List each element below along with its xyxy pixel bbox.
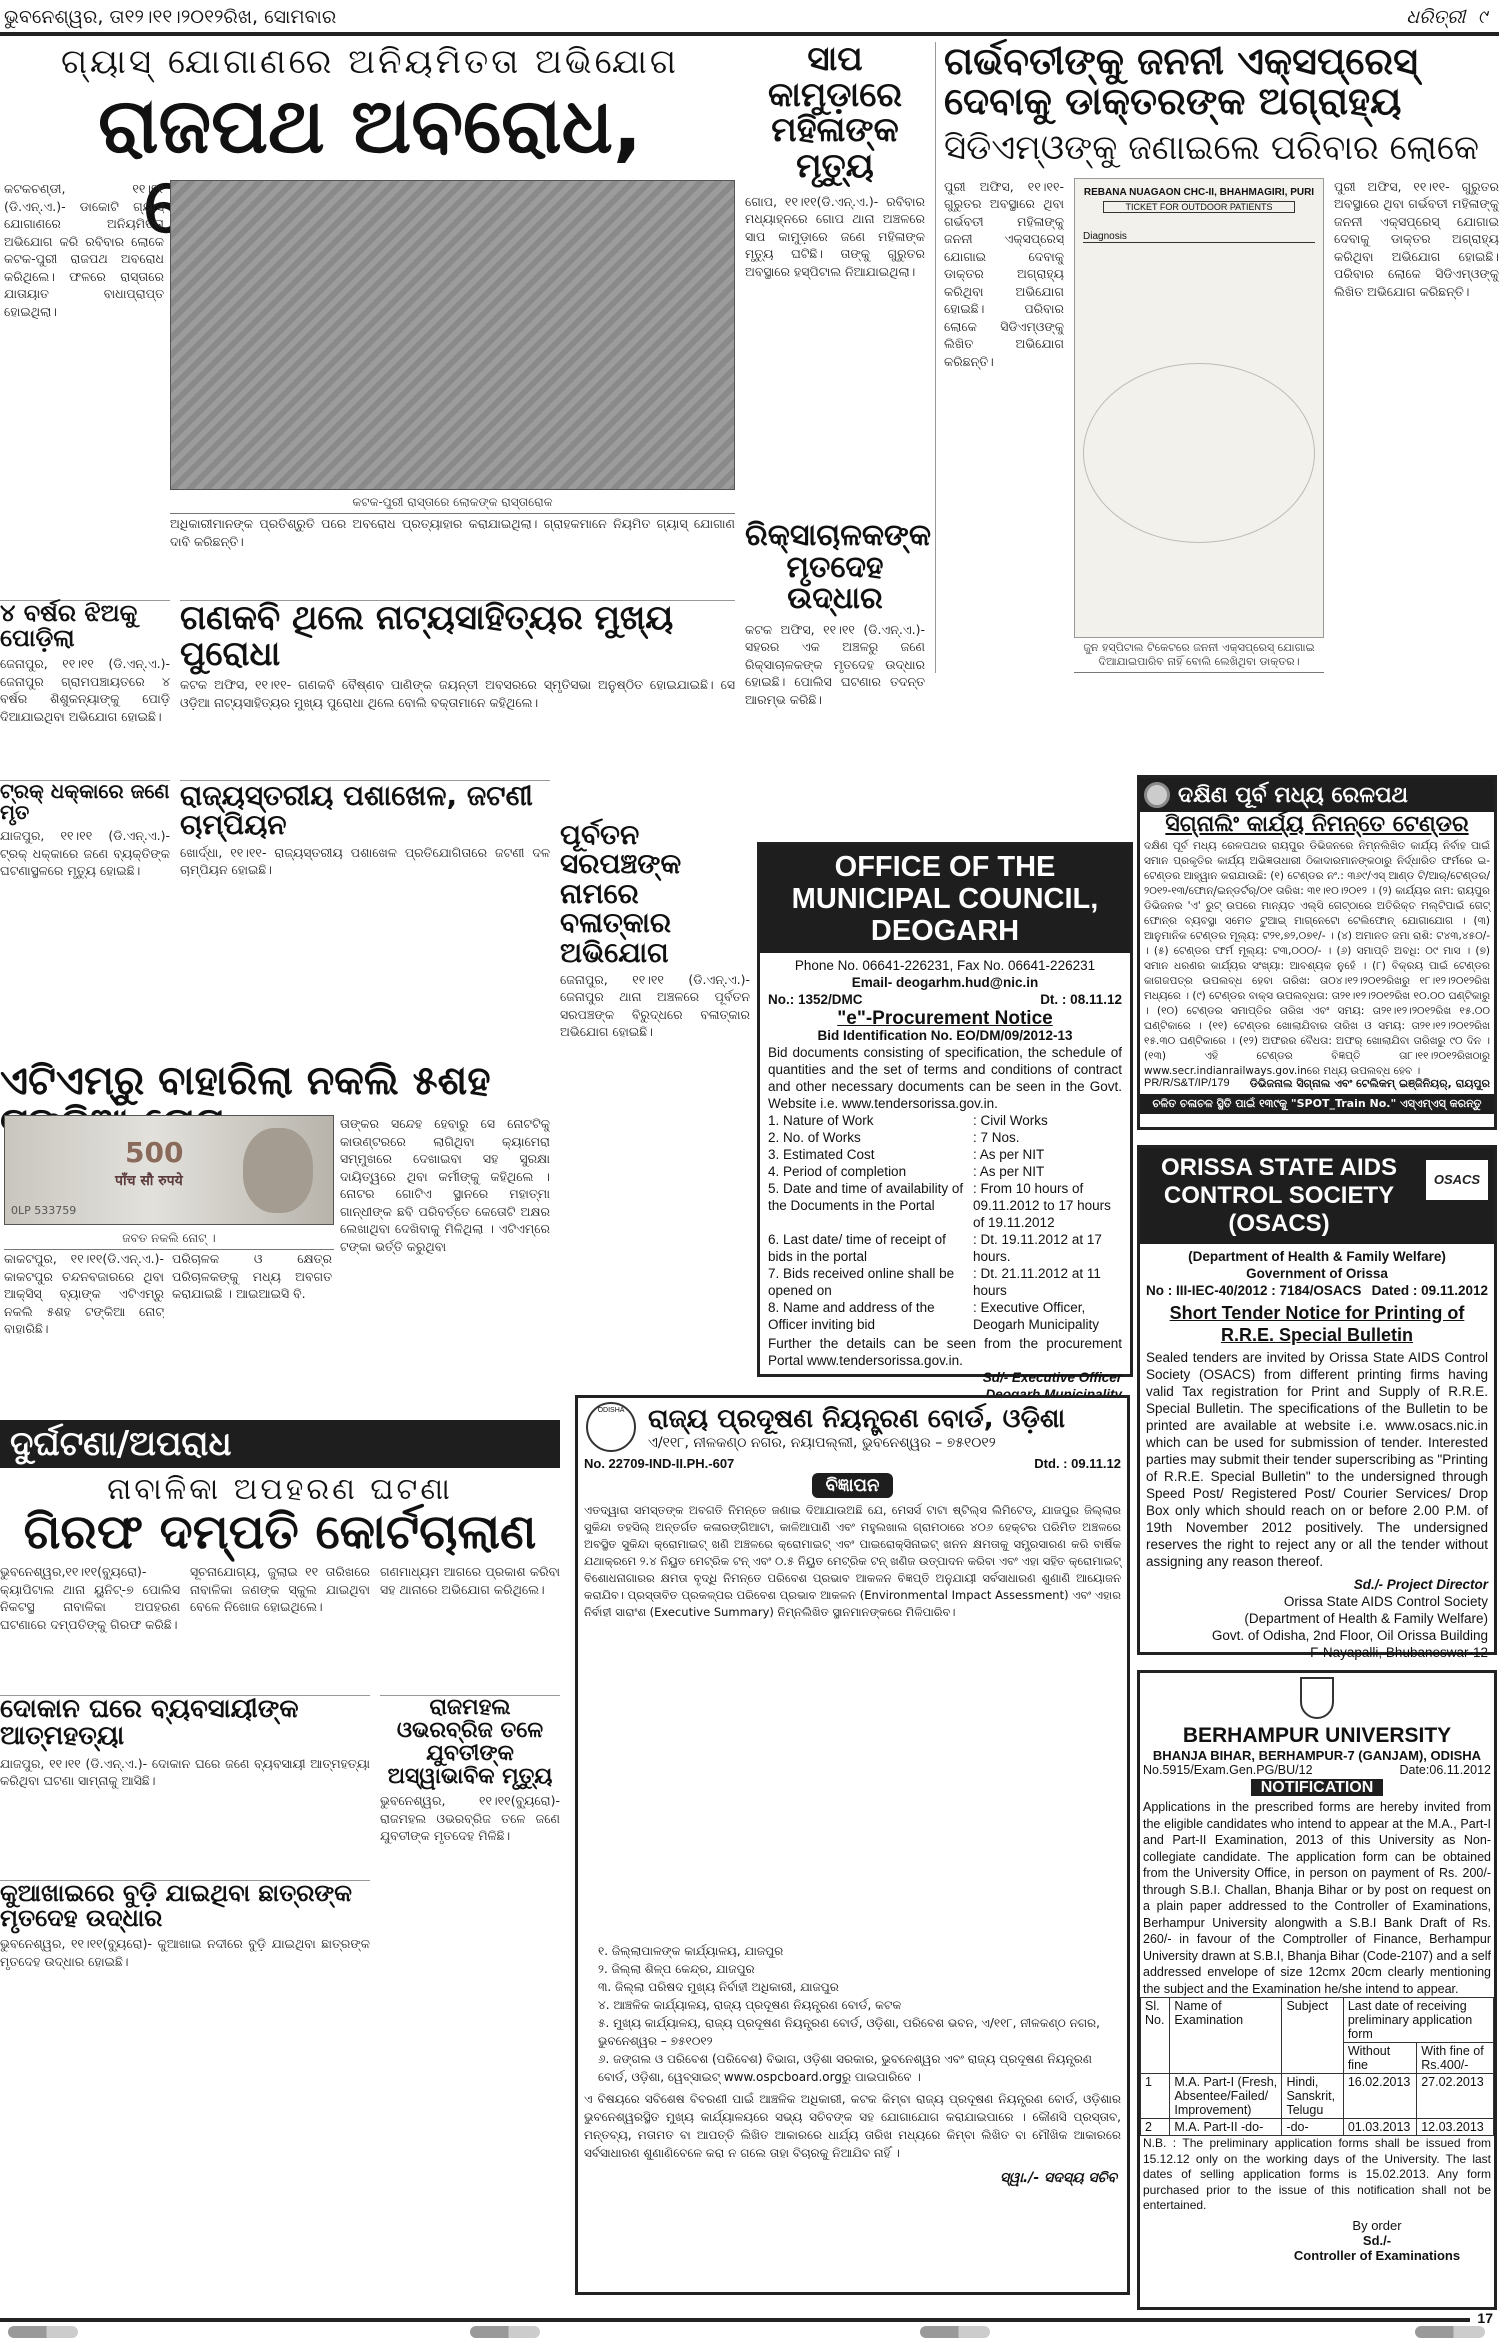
paper-name: ଧରିତ୍ରୀ ୯ <box>1406 6 1487 28</box>
railway-footer: ଚଳିତ ଚଳାଚଳ ସ୍ଥିତି ପାଇଁ ୧୩୯କୁ "SPOT_Train… <box>1140 1094 1494 1114</box>
game-story: ରାଜ୍ୟସ୍ତରୀୟ ପଶାଖେଳ, ଜଟଣୀ ଚାମ୍ପିୟନ ଖୋର୍ଦ୍… <box>180 780 550 1044</box>
osacs-addr4: F-Nayapalli, Bhubaneswar-12 <box>1146 1644 1488 1661</box>
youth-story: ରାଜମହଲ ଓଭରବ୍ରିଜ ତଳେ ଯୁବତୀଙ୍କ ଅସ୍ୱାଭାବିକ … <box>380 1695 560 2292</box>
osacs-ref: No : III-IEC-40/2012 : 7184/OSACS <box>1146 1282 1361 1299</box>
pollution-ref: No. 22709-IND-II.PH.-607 <box>584 1456 734 1471</box>
masthead: ଭୁବନେଶ୍ୱର, ତା୧୨।୧୧।୨୦୧୨ରିଖ, ସୋମବାର ଧରିତ୍… <box>0 0 1499 36</box>
berhampur-body: Applications in the prescribed forms are… <box>1140 1799 1494 1997</box>
osacs-ad: ORISSA STATE AIDS CONTROL SOCIETY (OSACS… <box>1137 1145 1497 1655</box>
dateline: ଭୁବନେଶ୍ୱର, ତା୧୨।୧୧।୨୦୧୨ରିଖ, ସୋମବାର <box>4 6 336 28</box>
lead-photo-caption: କଟକ-ପୁରୀ ରାସ୍ତାରେ ଲୋକଙ୍କ ରାସ୍ତାରୋକ <box>170 492 735 514</box>
osacs-govt: Government of Orissa <box>1146 1265 1488 1282</box>
student-story: କୁଆଖାଇରେ ବୁଡ଼ି ଯାଇଥିବା ଛାତ୍ରଙ୍କ ମୃତଦେହ ଉ… <box>0 1880 370 2325</box>
deogarh-bid-id: Bid Identification No. EO/DM/09/2012-13 <box>768 1027 1122 1044</box>
deogarh-item: 2. No. of Works: 7 Nos. <box>768 1129 1122 1146</box>
berhampur-title: BERHAMPUR UNIVERSITY <box>1140 1724 1494 1748</box>
shop-story: ଦୋକାନ ଘରେ ବ୍ୟବସାୟୀଙ୍କ ଆତ୍ମହତ୍ୟା ଯାଜପୁର, … <box>0 1695 370 1905</box>
deogarh-item: 7. Bids received online shall be opened … <box>768 1265 1122 1299</box>
berhampur-ref: No.5915/Exam.Gen.PG/BU/12 <box>1143 1763 1313 1777</box>
crime-col3: ଗଣମାଧ୍ୟମ ଆଗରେ ପ୍ରକାଶ କରିବା ସହ ଥାନାରେ ଅଭି… <box>380 1563 560 1663</box>
pollution-place: ୩. ଜିଲ୍ଲା ପରିଷଦ ମୁଖ୍ୟ ନିର୍ବାହୀ ଅଧିକାରୀ, … <box>598 1978 1107 1996</box>
gandhi-portrait <box>243 1128 313 1213</box>
pollution-title: ରାଜ୍ୟ ପ୍ରଦୂଷଣ ନିୟନ୍ତ୍ରଣ ବୋର୍ଡ, ଓଡ଼ିଶା <box>648 1404 1065 1435</box>
berhampur-sign1: By order <box>1260 2218 1494 2233</box>
berhampur-notice-label: NOTIFICATION <box>1251 1779 1384 1796</box>
lead-col2: ଅଧିକାରୀମାନଙ୍କ ପ୍ରତିଶ୍ରୁତି ପରେ ଅବରୋଧ ପ୍ରତ… <box>170 515 735 585</box>
deogarh-intro: Bid documents consisting of specificatio… <box>768 1044 1122 1112</box>
university-crest-icon <box>1300 1677 1334 1719</box>
ticket-diagnosis-label: Diagnosis <box>1083 231 1315 243</box>
crime-lead: ନାବାଳିକା ଅପହରଣ ଘଟଣା ଗିରଫ ଦମ୍ପତି କୋର୍ଟଚାଲ… <box>0 1472 560 1663</box>
snake-headline: ସାପ କାମୁଡ଼ାରେ ମହିଳାଙ୍କ ମୃତ୍ୟୁ <box>745 42 925 185</box>
deogarh-email: Email- deogarhm.hud@nic.in <box>768 974 1122 991</box>
sarpanch-headline: ପୂର୍ବତନ ସରପଞ୍ଚଙ୍କ ନାମରେ ବଳାତ୍କାର ଅଭିଯୋଗ <box>560 820 750 967</box>
student-headline: କୁଆଖାଇରେ ବୁଡ଼ି ଯାଇଥିବା ଛାତ୍ରଙ୍କ ମୃତଦେହ ଉ… <box>0 1881 370 1931</box>
deogarh-contact: Phone No. 06641-226231, Fax No. 06641-22… <box>768 957 1122 974</box>
item-value: : As per NIT <box>973 1146 1122 1163</box>
deogarh-signoff: Sd/- Executive Officer <box>768 1369 1122 1386</box>
deogarh-item: 4. Period of completion: As per NIT <box>768 1163 1122 1180</box>
berhampur-address: BHANJA BIHAR, BERHAMPUR-7 (GANJAM), ODIS… <box>1140 1748 1494 1763</box>
deogarh-item: 1. Nature of Work: Civil Works <box>768 1112 1122 1129</box>
pollution-place: ୨. ଜିଲ୍ଲା ଶିଳ୍ପ କେନ୍ଦ୍ର, ଯାଜପୁର <box>598 1960 1107 1978</box>
railway-header: ଦକ୍ଷିଣ ପୂର୍ବ ମଧ୍ୟ ରେଳପଥ <box>1178 783 1408 808</box>
sarpanch-story: ପୂର୍ବତନ ସରପଞ୍ଚଙ୍କ ନାମରେ ବଳାତ୍କାର ଅଭିଯୋଗ … <box>560 820 750 1471</box>
deogarh-item: 5. Date and time of availability of the … <box>768 1180 1122 1231</box>
osacs-title-2: CONTROL SOCIETY (OSACS) <box>1144 1182 1414 1238</box>
th-exam: Name of Examination <box>1170 1998 1282 2074</box>
janani-story: ଗର୍ଭବତୀଙ୍କୁ ଜନନୀ ଏକ୍ସପ୍ରେସ୍ ଦେବାକୁ ଡାକ୍ତ… <box>935 42 1499 673</box>
th-without-fine: Without fine <box>1343 2043 1416 2074</box>
deogarh-item: 6. Last date/ time of receipt of bids in… <box>768 1231 1122 1265</box>
osacs-notice-title: Short Tender Notice for Printing of R.R.… <box>1146 1302 1488 1346</box>
cell: Hindi, Sanskrit, Telugu <box>1282 2074 1343 2119</box>
rickshaw-headline: ରିକ୍ସାଚାଳକଙ୍କ ମୃତଦେହ ଉଦ୍ଧାର <box>745 520 925 615</box>
cell: -do- <box>1282 2119 1343 2136</box>
note-text: पाँच सौ रुपये <box>115 1171 183 1190</box>
pollution-address: ଏ/୧୧୮, ନୀଳକଣ୍ଠ ନଗର, ନୟାପଲ୍ଲୀ, ଭୁବନେଶ୍ୱର … <box>648 1435 1065 1451</box>
deogarh-date: Dt. : 08.11.12 <box>1040 991 1122 1008</box>
item-value: : Dt. 21.11.2012 at 11 hours <box>973 1265 1122 1299</box>
osacs-addr2: (Department of Health & Family Welfare) <box>1146 1610 1488 1627</box>
cell: 1 <box>1141 2074 1170 2119</box>
youth-headline: ରାଜମହଲ ଓଭରବ୍ରିଜ ତଳେ ଯୁବତୀଙ୍କ ଅସ୍ୱାଭାବିକ … <box>380 1696 560 1788</box>
crime-col1: ଭୁବନେଶ୍ୱର,୧୧।୧୧(ବ୍ୟୁରୋ)- କ୍ୟାପିଟାଲ ଥାନା … <box>0 1563 180 1663</box>
atm-col2: ପରିଚାଳକ ଓ କ୍ଷେତ୍ର ପରିଚାଳକଙ୍କୁ ମଧ୍ୟ ଅବଗତ … <box>172 1250 332 1410</box>
truck-body: ଯାଜପୁର, ୧୧।୧୧ (ଡି.ଏନ୍.ଏ.)- ଟ୍ରକ୍ ଧକ୍କାରେ… <box>0 827 170 1057</box>
item-key: 1. Nature of Work <box>768 1112 973 1129</box>
railway-ad: ଦକ୍ଷିଣ ପୂର୍ବ ମଧ୍ୟ ରେଳପଥ ସିଗ୍‌ନାଲିଂ କାର୍ଯ… <box>1137 775 1497 1130</box>
pollution-ad: ODISHA ରାଜ୍ୟ ପ୍ରଦୂଷଣ ନିୟନ୍ତ୍ରଣ ବୋର୍ଡ, ଓଡ… <box>575 1395 1130 2295</box>
item-key: 6. Last date/ time of receipt of bids in… <box>768 1231 973 1265</box>
item-value: : Civil Works <box>973 1112 1122 1129</box>
student-body: ଭୁବନେଶ୍ୱର, ୧୧।୧୧(ବ୍ୟୁରୋ)- କୁଆଖାଇ ନଦୀରେ ବ… <box>0 1935 370 2325</box>
registration-mark <box>8 2326 78 2338</box>
page-number: 17 <box>1477 2310 1493 2326</box>
table-row: 2 M.A. Part-II -do- -do- 01.03.2013 12.0… <box>1141 2119 1494 2136</box>
poet-headline: ଗଣକବି ଥିଲେ ନାଟ୍ୟସାହିତ୍ୟର ମୁଖ୍ୟ ପୁରୋଧା <box>180 601 735 672</box>
ticket-subtitle: TICKET FOR OUTDOOR PATIENTS <box>1103 201 1295 213</box>
item-value: : 7 Nos. <box>973 1129 1122 1146</box>
deogarh-title: OFFICE OF THE MUNICIPAL COUNCIL, DEOGARH <box>760 845 1130 953</box>
item-key: 2. No. of Works <box>768 1129 973 1146</box>
pollution-place: ୬. ଜଙ୍ଗଲ ଓ ପରିବେଶ (ପରିବେଶ) ବିଭାଗ, ଓଡ଼ିଶା… <box>598 2050 1107 2086</box>
item-value: : Executive Officer, Deogarh Municipalit… <box>973 1299 1122 1333</box>
note-serial: 0LP 533759 <box>11 1204 76 1217</box>
registration-mark <box>470 2326 540 2338</box>
footer-rule <box>0 2318 1470 2322</box>
opd-ticket-photo: REBANA NUAGAON CHC-II, BHAHMAGIRI, PURI … <box>1074 178 1324 638</box>
crime-headline: ଗିରଫ ଦମ୍ପତି କୋର୍ଟଚାଲାଣ <box>0 1507 560 1557</box>
item-value: : From 10 hours of 09.11.2012 to 17 hour… <box>973 1180 1122 1231</box>
cell: M.A. Part-I (Fresh, Absentee/Failed/ Imp… <box>1170 2074 1282 2119</box>
table-row: 1 M.A. Part-I (Fresh, Absentee/Failed/ I… <box>1141 2074 1494 2119</box>
atm-photo-caption: ଜବତ ନକଲି ନୋଟ୍ । <box>4 1228 334 1250</box>
item-value: : Dt. 19.11.2012 at 17 hours. <box>973 1231 1122 1265</box>
osacs-dept: (Department of Health & Family Welfare) <box>1146 1248 1488 1265</box>
deogarh-item: 8. Name and address of the Officer invit… <box>768 1299 1122 1333</box>
berhampur-sign2: Sd./- <box>1260 2233 1494 2248</box>
item-key: 7. Bids received online shall be opened … <box>768 1265 973 1299</box>
item-key: 5. Date and time of availability of the … <box>768 1180 973 1231</box>
osacs-addr1: Orissa State AIDS Control Society <box>1146 1593 1488 1610</box>
janani-caption: ଜୁନ ହସ୍ପିଟାଲ ଟିକେଟରେ ଜନନୀ ଏକ୍ସପ୍ରେସ୍ ଯୋଗ… <box>1074 638 1324 673</box>
truck-story: ଟ୍ରକ୍ ଧକ୍କାରେ ଜଣେ ମୃତ ଯାଜପୁର, ୧୧।୧୧ (ଡି.… <box>0 780 170 1057</box>
ticket-title: REBANA NUAGAON CHC-II, BHAHMAGIRI, PURI <box>1083 187 1315 198</box>
berhampur-sign3: Controller of Examinations <box>1260 2248 1494 2263</box>
cell: 16.02.2013 <box>1343 2074 1416 2119</box>
rickshaw-story: ରିକ୍ସାଚାଳକଙ୍କ ମୃତଦେହ ଉଦ୍ଧାର କଟକ ଅଫିସ, ୧୧… <box>745 520 925 881</box>
pollution-signoff: ସ୍ୱା./- ସଦସ୍ୟ ସଚିବ <box>578 2168 1127 2188</box>
girl-headline: ୪ ବର୍ଷର ଝିଅକୁ ପୋଡ଼ିଲା <box>0 601 170 651</box>
deogarh-ad: OFFICE OF THE MUNICIPAL COUNCIL, DEOGARH… <box>757 842 1133 1377</box>
pollution-body: ଏତଦ୍ୱାରା ସମସ୍ତଙ୍କ ଅବଗତି ନିମନ୍ତେ ଜଣାଇ ଦିଆ… <box>578 1500 1127 1940</box>
registration-mark <box>920 2326 990 2338</box>
railway-body: ଦକ୍ଷିଣ ପୂର୍ବ ମଧ୍ୟ ରେଳପଥର ରାୟପୁର ଡିଭିଜନରେ… <box>1140 837 1494 1077</box>
pollution-place: ୧. ଜିଲ୍ଲାପାଳଙ୍କ କାର୍ଯ୍ୟାଳୟ, ଯାଜପୁର <box>598 1942 1107 1960</box>
railway-ref: PR/R/S&T/IP/179 <box>1144 1077 1230 1091</box>
janani-headline: ଗର୍ଭବତୀଙ୍କୁ ଜନନୀ ଏକ୍ସପ୍ରେସ୍ ଦେବାକୁ ଡାକ୍ତ… <box>944 42 1499 122</box>
railway-signoff: ଡିଭିଜନାଲ ସିଗ୍‌ନାଲ ଏବଂ ଟେଲିକମ୍ ଇଞ୍ଜିନିୟର୍… <box>1250 1077 1490 1091</box>
ticket-stamp <box>1083 363 1315 543</box>
crime-section-label: ଦୁର୍ଘଟଣା/ଅପରାଧ <box>0 1420 560 1468</box>
osacs-addr3: Govt. of Odisha, 2nd Floor, Oil Orissa B… <box>1146 1627 1488 1644</box>
cell: 12.03.2013 <box>1417 2119 1494 2136</box>
item-key: 8. Name and address of the Officer invit… <box>768 1299 973 1333</box>
atm-col3: ତାଙ୍କର ସନ୍ଦେହ ହେବାରୁ ସେ ନୋଟଟିକୁ କାଉଣ୍ଟରର… <box>340 1115 550 1410</box>
pollution-notice-label: ବିଜ୍ଞାପନ <box>812 1473 894 1498</box>
pollution-places: ୧. ଜିଲ୍ଲାପାଳଙ୍କ କାର୍ଯ୍ୟାଳୟ, ଯାଜପୁର୨. ଜିଲ… <box>578 1940 1127 2088</box>
deogarh-ref: No.: 1352/DMC <box>768 991 863 1008</box>
railway-logo-icon <box>1144 782 1170 808</box>
game-body: ଖୋର୍ଦ୍ଧା, ୧୧।୧୧- ରାଜ୍ୟସ୍ତରୀୟ ପଶାଖେଳ ପ୍ରତ… <box>180 844 550 1044</box>
pollution-closing: ଏ ବିଷୟରେ ସବିଶେଷ ବିବରଣୀ ପାଇଁ ଆଞ୍ଚଳିକ ଅଧିକ… <box>578 2088 1127 2168</box>
cell: 2 <box>1141 2119 1170 2136</box>
game-headline: ରାଜ୍ୟସ୍ତରୀୟ ପଶାଖେଳ, ଜଟଣୀ ଚାମ୍ପିୟନ <box>180 781 550 840</box>
pollution-date: Dtd. : 09.11.12 <box>1034 1456 1121 1471</box>
registration-mark <box>1415 2326 1485 2338</box>
cell: 01.03.2013 <box>1343 2119 1416 2136</box>
janani-body: ପୁରୀ ଅଫିସ, ୧୧।୧୧- ଗୁରୁତର ଅବସ୍ଥାରେ ଥିବା ଗ… <box>944 178 1064 638</box>
lead-photo <box>170 180 735 490</box>
berhampur-table: Sl. No. Name of Examination Subject Last… <box>1140 1997 1494 2136</box>
deogarh-item: 3. Estimated Cost: As per NIT <box>768 1146 1122 1163</box>
ospcb-logo: ODISHA <box>586 1402 636 1452</box>
cell: 27.02.2013 <box>1417 2074 1494 2119</box>
fake-note-photo: 500 पाँच सौ रुपये 0LP 533759 <box>4 1115 334 1225</box>
truck-headline: ଟ୍ରକ୍ ଧକ୍କାରେ ଜଣେ ମୃତ <box>0 781 170 823</box>
osacs-signoff: Sd./- Project Director <box>1146 1576 1488 1593</box>
berhampur-nb: N.B. : The preliminary application forms… <box>1140 2136 1494 2214</box>
crime-col2: ସୂଚନାଯୋଗ୍ୟ, ଜୁଲାଇ ୧୧ ତାରିଖରେ ନାବାଳିକା ଜଣ… <box>190 1563 370 1663</box>
railway-title: ସିଗ୍‌ନାଲିଂ କାର୍ଯ୍ୟ ନିମନ୍ତେ ଟେଣ୍ଡର <box>1140 812 1494 837</box>
berhampur-ad: BERHAMPUR UNIVERSITY BHANJA BIHAR, BERHA… <box>1137 1670 1497 2310</box>
cell: M.A. Part-II -do- <box>1170 2119 1282 2136</box>
berhampur-date: Date:06.11.2012 <box>1399 1763 1491 1777</box>
pollution-place: ୫. ମୁଖ୍ୟ କାର୍ଯ୍ୟାଳୟ, ରାଜ୍ୟ ପ୍ରଦୂଷଣ ନିୟନ୍… <box>598 2014 1107 2050</box>
th-subject: Subject <box>1282 1998 1343 2074</box>
shop-headline: ଦୋକାନ ଘରେ ବ୍ୟବସାୟୀଙ୍କ ଆତ୍ମହତ୍ୟା <box>0 1696 370 1751</box>
note-value: 500 <box>125 1136 183 1169</box>
deogarh-items: 1. Nature of Work: Civil Works2. No. of … <box>768 1112 1122 1333</box>
girl-story: ୪ ବର୍ଷର ଝିଅକୁ ପୋଡ଼ିଲା ଜେନାପୁର, ୧୧।୧୧ (ଡି… <box>0 600 170 805</box>
osacs-logo: OSACS <box>1426 1160 1488 1200</box>
janani-subhead: ସିଡିଏମ୍‌ଓଙ୍କୁ ଜଣାଇଲେ ପରିବାର ଲୋକେ <box>944 128 1499 168</box>
deogarh-further: Further the details can be seen from the… <box>768 1335 1122 1369</box>
osacs-body: Sealed tenders are invited by Orissa Sta… <box>1146 1349 1488 1570</box>
deogarh-notice-title: "e"-Procurement Notice <box>768 1010 1122 1027</box>
th-with-fine: With fine of Rs.400/- <box>1417 2043 1494 2074</box>
pollution-place: ୪. ଆଞ୍ଚଳିକ କାର୍ଯ୍ୟାଳୟ, ରାଜ୍ୟ ପ୍ରଦୂଷଣ ନିୟ… <box>598 1996 1107 2014</box>
item-key: 4. Period of completion <box>768 1163 973 1180</box>
th-sl: Sl. No. <box>1141 1998 1170 2074</box>
osacs-date: Dated : 09.11.2012 <box>1372 1282 1488 1299</box>
th-last-date: Last date of receiving preliminary appli… <box>1343 1998 1493 2043</box>
item-key: 3. Estimated Cost <box>768 1146 973 1163</box>
janani-body-2: ପୁରୀ ଅଫିସ, ୧୧।୧୧- ଗୁରୁତର ଅବସ୍ଥାରେ ଥିବା ଗ… <box>1334 178 1499 638</box>
crime-kicker: ନାବାଳିକା ଅପହରଣ ଘଟଣା <box>0 1472 560 1507</box>
item-value: : As per NIT <box>973 1163 1122 1180</box>
lead-kicker: ଗ୍ୟାସ୍ ଯୋଗାଣରେ ଅନିୟମିତତା ଅଭିଯୋଗ <box>0 42 740 82</box>
youth-body: ଭୁବନେଶ୍ୱର, ୧୧।୧୧(ବ୍ୟୁରୋ)- ରାଜମହଲ ଓଭରବ୍ରି… <box>380 1792 560 2292</box>
atm-col1: କାକଟପୁର, ୧୧।୧୧(ଡି.ଏନ୍.ଏ.)- କାକଟପୁର ଚନ୍ଦନ… <box>4 1250 164 1410</box>
osacs-title-1: ORISSA STATE AIDS <box>1144 1154 1414 1182</box>
